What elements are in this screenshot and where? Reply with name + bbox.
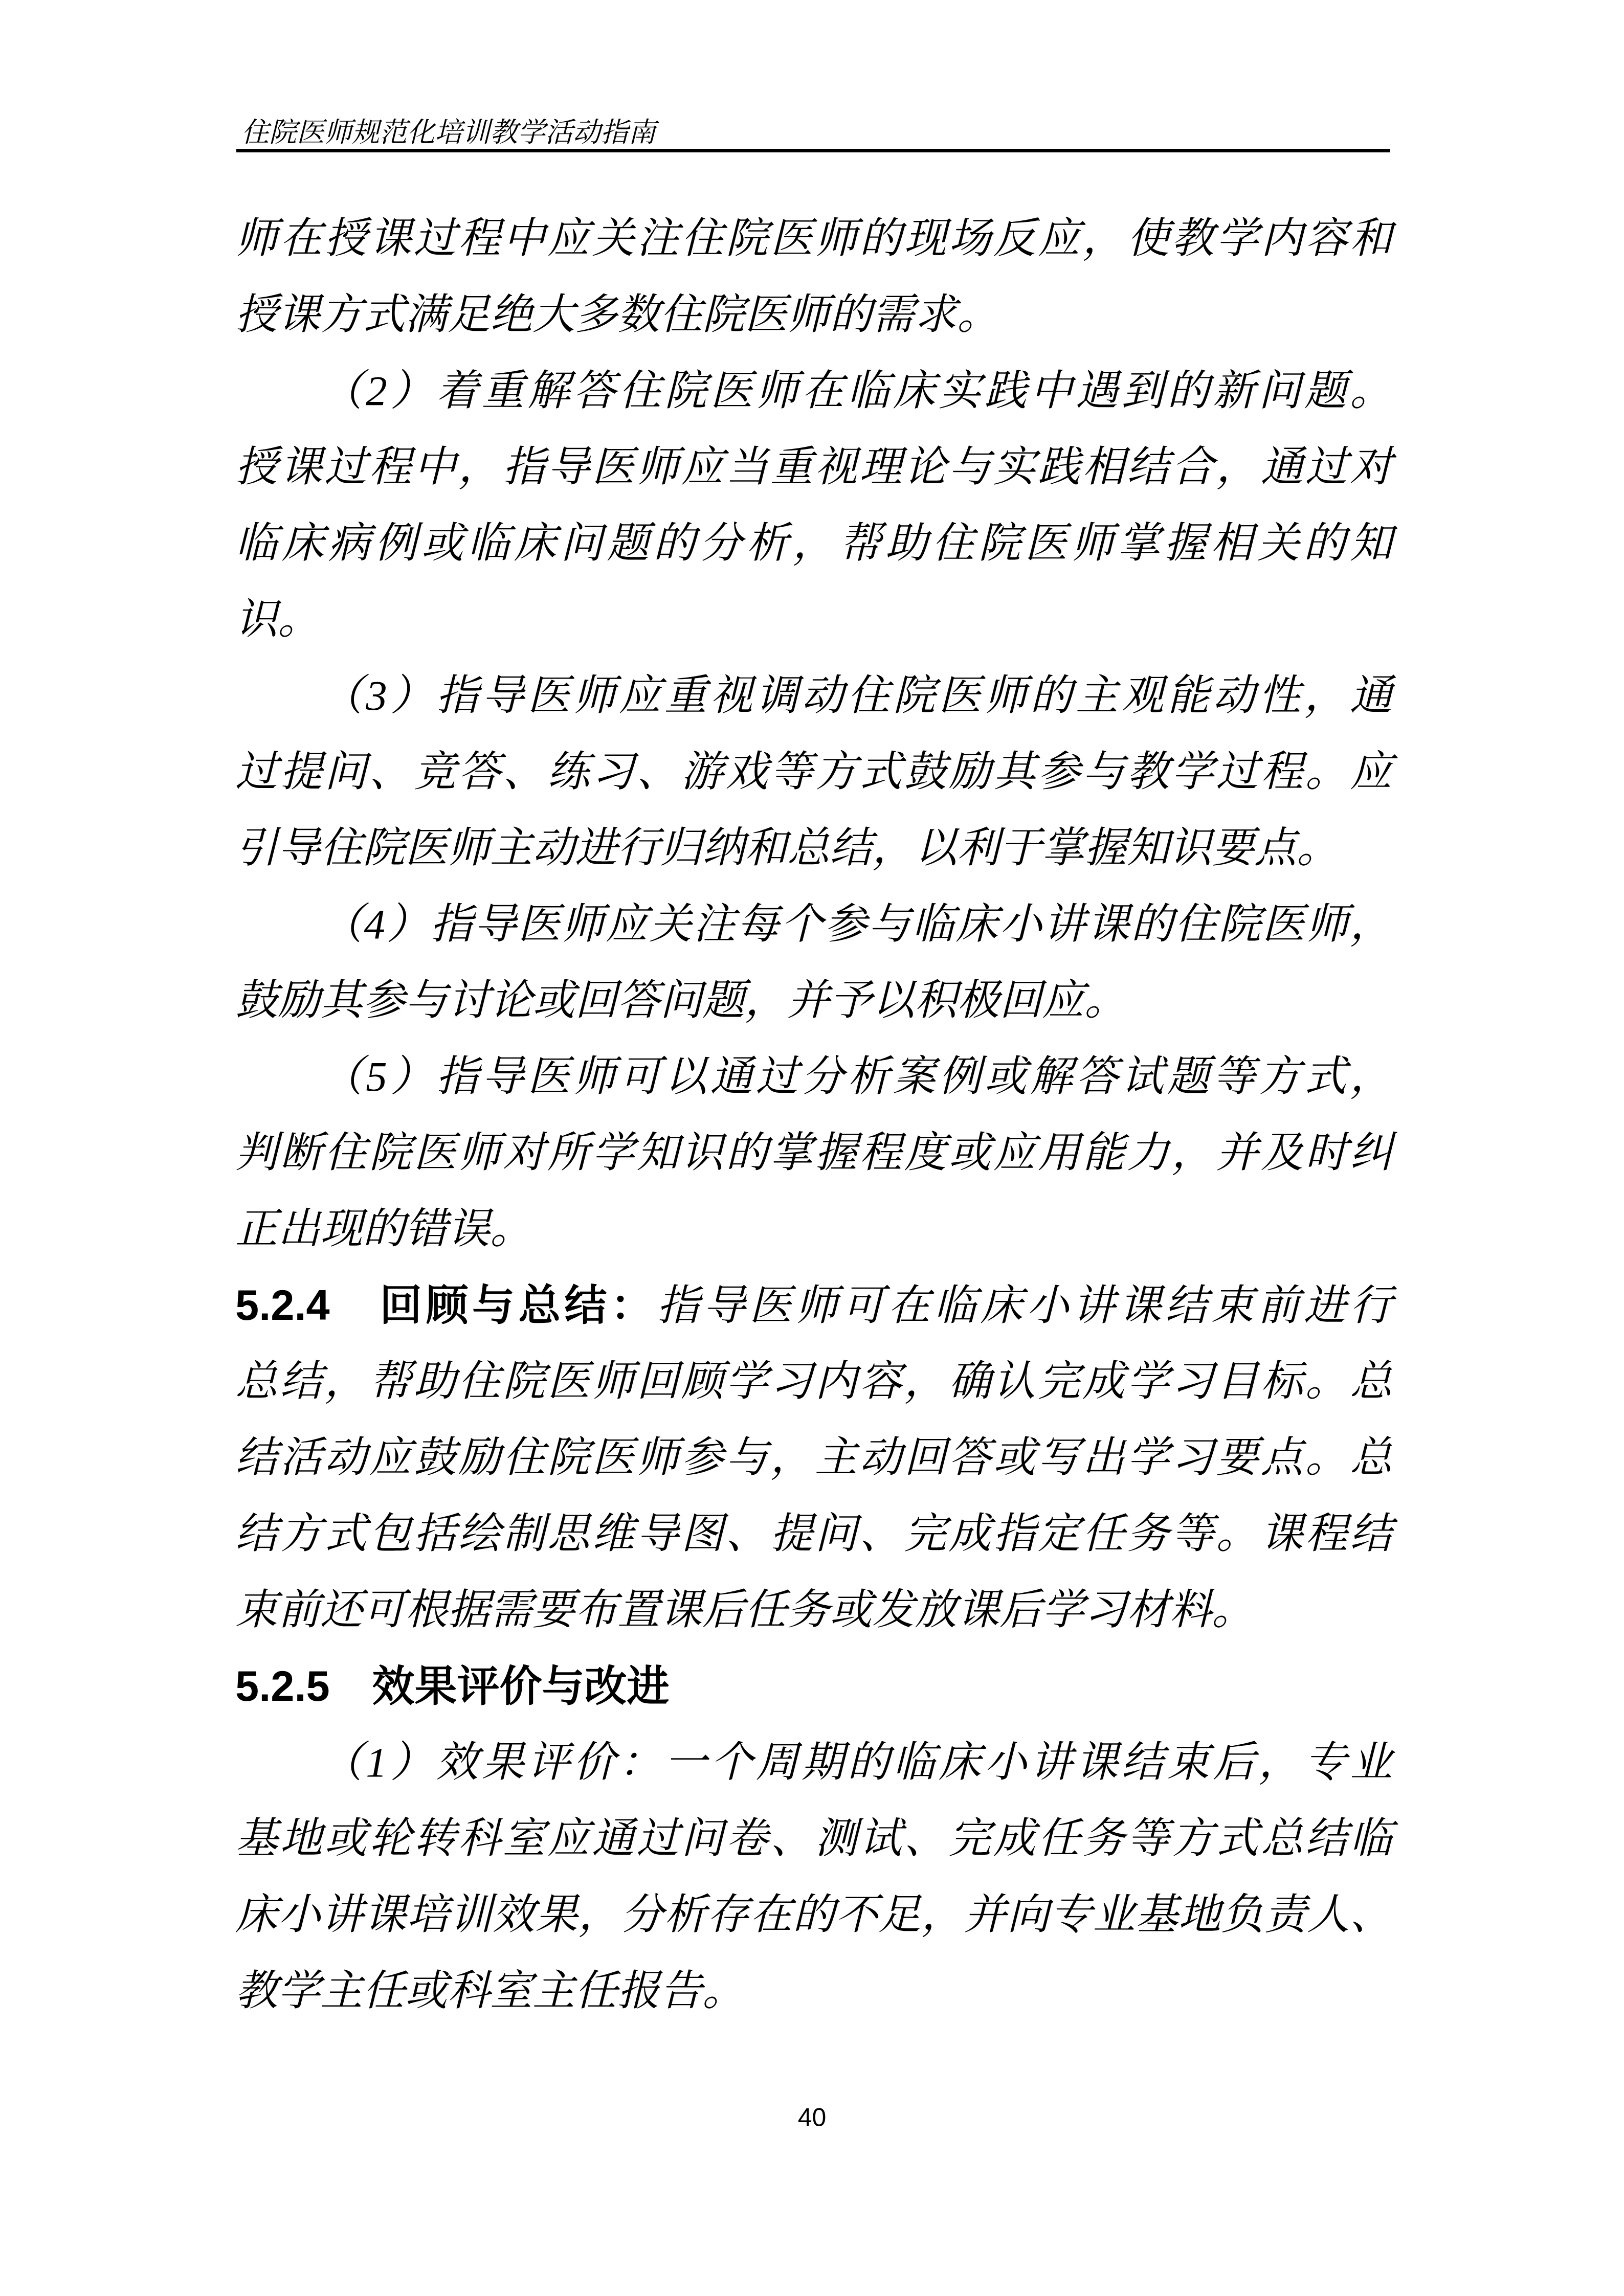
body-line: （5）指导医师可以通过分析案例或解答试题等方式， xyxy=(235,1039,1392,1115)
body-line: 教学主任或科室主任报告。 xyxy=(235,1953,1392,2029)
body-line: 引导住院医师主动进行归纳和总结，以利于掌握知识要点。 xyxy=(235,810,1392,886)
page-header-title: 住院医师规范化培训教学活动指南 xyxy=(241,116,656,149)
header-divider xyxy=(236,149,1390,152)
body-line: 识。 xyxy=(235,581,1392,658)
body-line: （4）指导医师应关注每个参与临床小讲课的住院医师， xyxy=(235,886,1392,962)
page-number: 40 xyxy=(0,2105,1624,2130)
page-body: 师在授课过程中应关注住院医师的现场反应，使教学内容和 授课方式满足绝大多数住院医… xyxy=(235,200,1392,2029)
body-line: 临床病例或临床问题的分析，帮助住院医师掌握相关的知 xyxy=(235,505,1392,581)
document-page: 住院医师规范化培训教学活动指南 师在授课过程中应关注住院医师的现场反应，使教学内… xyxy=(0,0,1624,2296)
section-heading-line-5-2-5: 5.2.5 效果评价与改进 xyxy=(235,1648,1392,1724)
body-line: 师在授课过程中应关注住院医师的现场反应，使教学内容和 xyxy=(235,200,1392,277)
body-line: 授课方式满足绝大多数住院医师的需求。 xyxy=(235,277,1392,353)
body-line: （3）指导医师应重视调动住院医师的主观能动性，通 xyxy=(235,658,1392,734)
body-line: 床小讲课培训效果，分析存在的不足，并向专业基地负责人、 xyxy=(235,1877,1392,1953)
body-line: （2）着重解答住院医师在临床实践中遇到的新问题。 xyxy=(235,353,1392,429)
body-line: 鼓励其参与讨论或回答问题，并予以积极回应。 xyxy=(235,962,1392,1039)
section-heading-label: 5.2.4 回顾与总结： xyxy=(235,1281,657,1329)
body-line: 总结，帮助住院医师回顾学习内容，确认完成学习目标。总 xyxy=(235,1343,1392,1420)
body-line: 授课过程中，指导医师应当重视理论与实践相结合，通过对 xyxy=(235,429,1392,505)
body-line: 正出现的错误。 xyxy=(235,1191,1392,1267)
body-line: 基地或轮转科室应通过问卷、测试、完成任务等方式总结临 xyxy=(235,1800,1392,1877)
section-heading-trailing-text: 指导医师可在临床小讲课结束前进行 xyxy=(657,1282,1392,1329)
body-line: 判断住院医师对所学知识的掌握程度或应用能力，并及时纠 xyxy=(235,1115,1392,1191)
body-line: 结活动应鼓励住院医师参与，主动回答或写出学习要点。总 xyxy=(235,1420,1392,1496)
body-line: 结方式包括绘制思维导图、提问、完成指定任务等。课程结 xyxy=(235,1496,1392,1572)
body-line: 束前还可根据需要布置课后任务或发放课后学习材料。 xyxy=(235,1572,1392,1648)
body-line: （1）效果评价：一个周期的临床小讲课结束后，专业 xyxy=(235,1724,1392,1800)
section-heading-line-5-2-4: 5.2.4 回顾与总结：指导医师可在临床小讲课结束前进行 xyxy=(235,1267,1392,1343)
body-line: 过提问、竞答、练习、游戏等方式鼓励其参与教学过程。应 xyxy=(235,734,1392,810)
